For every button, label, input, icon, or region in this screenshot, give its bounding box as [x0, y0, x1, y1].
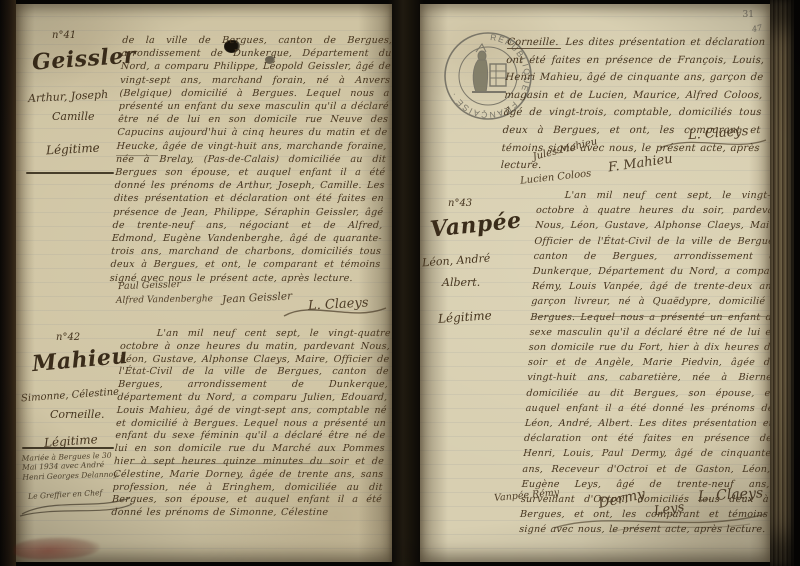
left-page: n°41 Geissler Arthur, Joseph Camille Lég…	[16, 4, 392, 562]
act-41-margin-given-names: Arthur, Joseph	[28, 88, 109, 105]
act-43-margin-number: n°43	[448, 198, 472, 209]
act-42-margin-given-names-2: Corneille.	[50, 408, 104, 421]
act-42-body-text: L'an mil neuf cent sept, le vingt-quatre…	[111, 328, 391, 520]
act-41-margin-number: n°41	[52, 30, 76, 41]
pencil-underline	[130, 463, 335, 464]
page-number: 31	[743, 10, 754, 20]
page-stack-edge	[770, 0, 796, 566]
book-left-edge	[0, 0, 16, 566]
signature-flourish	[658, 136, 768, 152]
act-42-margin-surname: Mahieu	[31, 343, 129, 377]
right-page: 31 47 RÉPUBLIQUE · FRANÇAISE · Corneille…	[420, 4, 770, 562]
act-43-margin-given-names-2: Albert.	[442, 276, 480, 289]
register-photo: n°41 Geissler Arthur, Joseph Camille Lég…	[0, 0, 800, 566]
folio-mark: 47	[751, 23, 763, 34]
act-43-margin-status: Légitime	[438, 308, 493, 326]
pencil-underline	[116, 155, 158, 156]
act-43-margin-given-names: Léon, André	[422, 252, 491, 270]
act-43-margin-surname: Vanpée	[429, 207, 523, 242]
act-42-continuation-lead-word: Corneille.	[507, 37, 561, 49]
signature-witness-1: Alfred Vandenberghe	[116, 294, 213, 306]
act-41-margin-given-names-2: Camille	[52, 110, 94, 123]
book-gutter-shadow	[388, 0, 424, 566]
signature-mayor: L. Claeys	[698, 485, 764, 504]
pencil-underline	[532, 316, 770, 317]
margin-separator-line	[26, 172, 114, 174]
signature-flourish	[282, 304, 388, 322]
act-41-body-text: de la ville de Bergues, canton de Bergue…	[109, 34, 392, 285]
act-41-margin-status: Légitime	[46, 141, 100, 158]
act-42-margin-number: n°42	[56, 332, 80, 343]
signature-flourish	[550, 504, 770, 534]
signature-declarant: Paul Geissler	[118, 279, 181, 292]
act-42-margin-given-names: Simonne, Célestine	[21, 387, 120, 405]
margin-separator-line	[22, 447, 114, 449]
photo-border	[794, 0, 800, 566]
